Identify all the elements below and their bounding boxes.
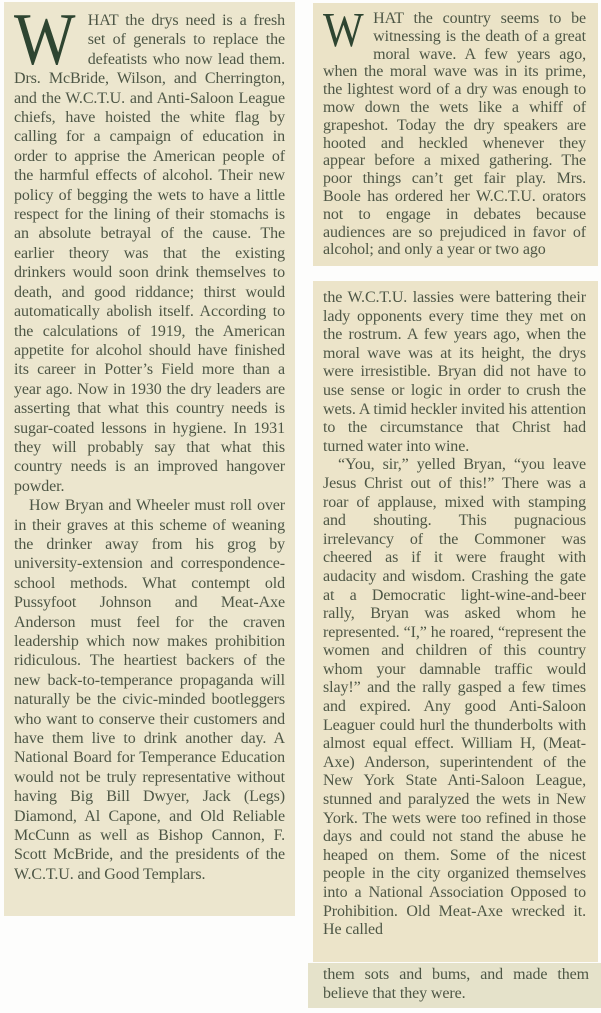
right-bottom-continuation-text: them sots and bums, and made them believ… — [323, 966, 589, 1003]
right-column-middle-clipping: the W.C.T.U. lassies were battering thei… — [313, 281, 598, 962]
left-second-paragraph: How Bryan and Wheeler must roll over in … — [14, 496, 285, 884]
dropcap-w: W — [14, 12, 75, 69]
dropcap-w: W — [323, 11, 364, 48]
right-column-bottom-clipping: them sots and bums, and made them believ… — [308, 963, 601, 1008]
left-opening-paragraph-text: HAT the drys need is a fresh set of gene… — [14, 12, 285, 495]
right-column-top-clipping: WHAT the country seems to be witnessing … — [313, 3, 598, 266]
left-opening-paragraph: WHAT the drys need is a fresh set of gen… — [14, 11, 285, 496]
right-opening-paragraph: WHAT the country seems to be witnessing … — [323, 10, 586, 259]
magazine-page-scan: WHAT the drys need is a fresh set of gen… — [0, 0, 601, 1013]
right-continuation-paragraph: the W.C.T.U. lassies were battering thei… — [323, 289, 586, 456]
left-column-clipping: WHAT the drys need is a fresh set of gen… — [4, 2, 295, 916]
right-bryan-paragraph: “You, sir,” yelled Bryan, “you leave Jes… — [323, 456, 586, 939]
